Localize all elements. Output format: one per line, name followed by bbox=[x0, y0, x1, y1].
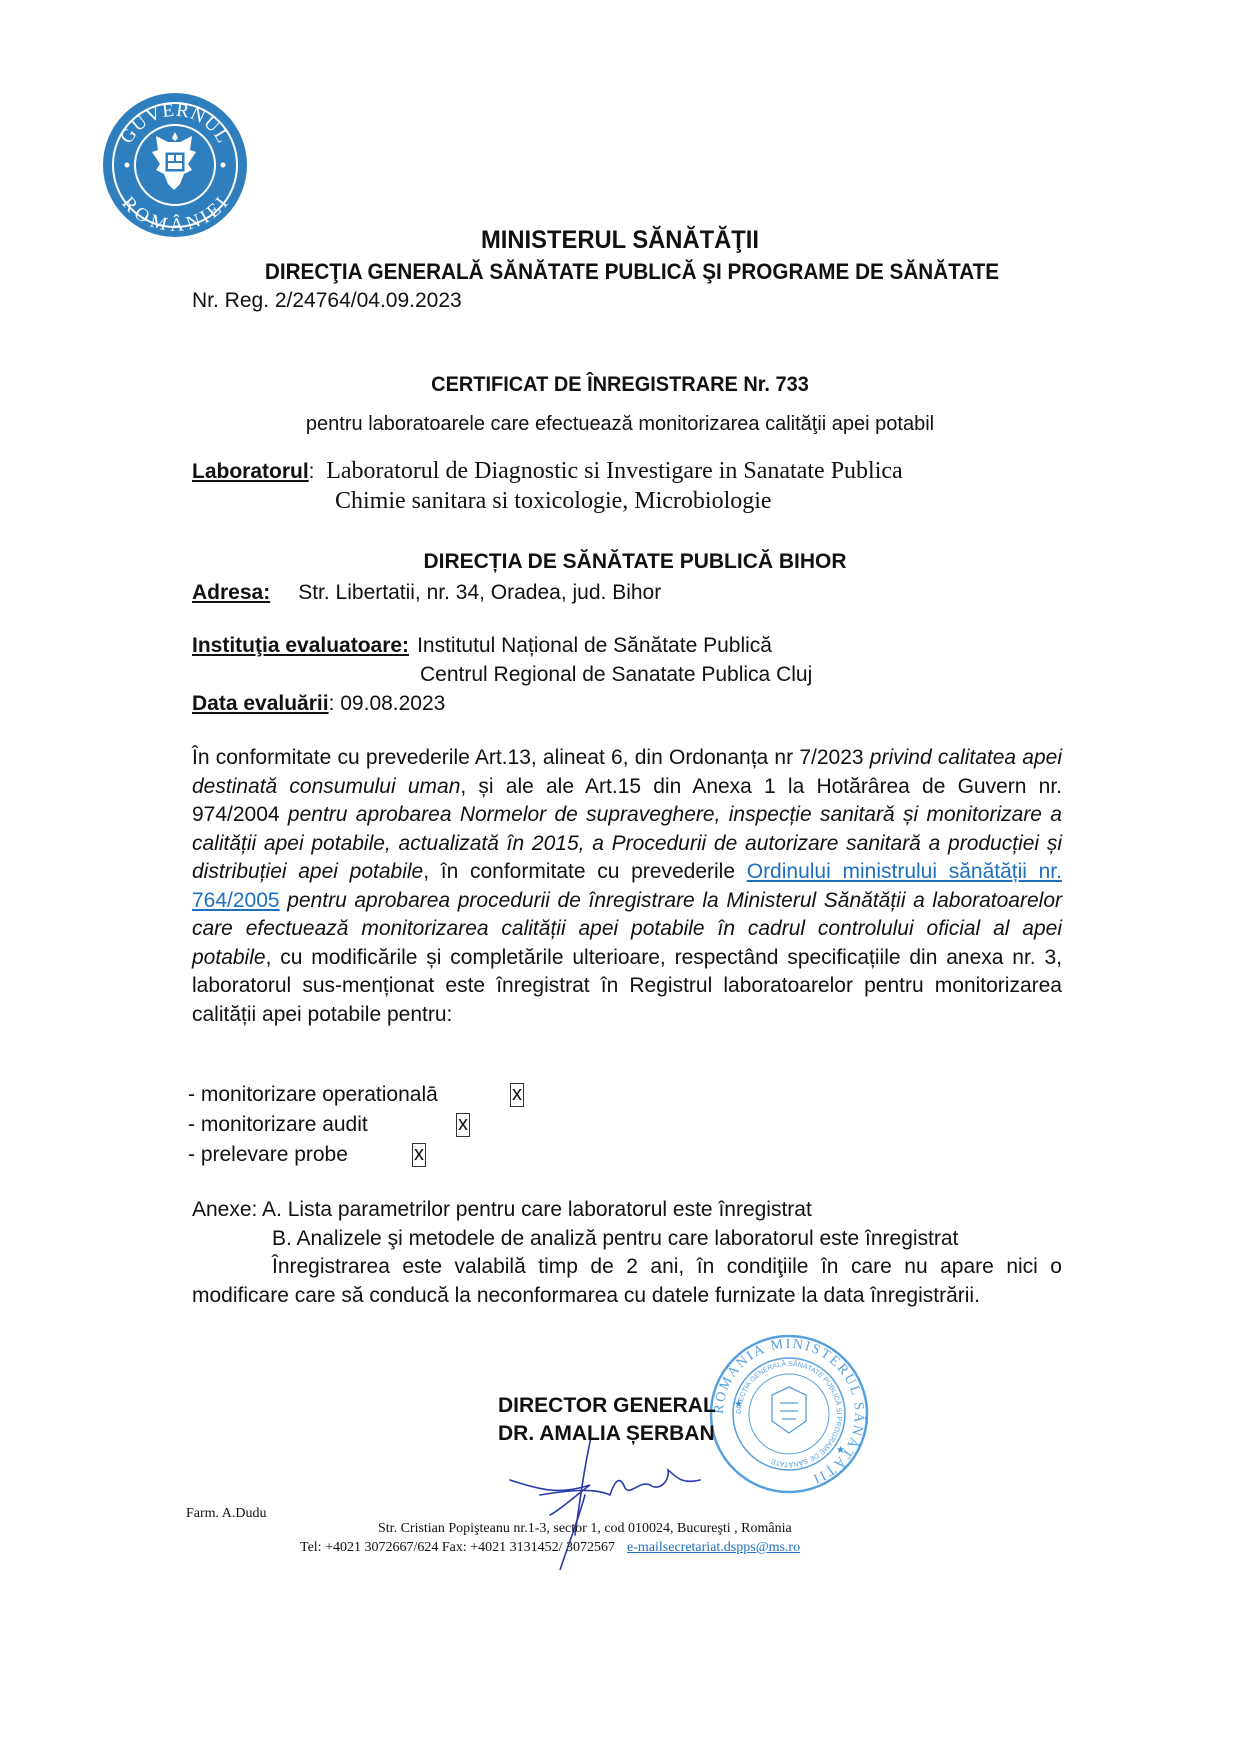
checklist-label: - prelevare probe bbox=[188, 1143, 348, 1166]
checklist-item-operational: - monitorizare operationalā x bbox=[188, 1080, 438, 1110]
svg-text:★: ★ bbox=[734, 1399, 743, 1410]
annexes-section: Anexe: A. Lista parametrilor pentru care… bbox=[192, 1196, 1062, 1310]
annex-b: B. Analizele şi metodele de analiză pent… bbox=[192, 1225, 1062, 1254]
address-label: Adresa: bbox=[192, 581, 270, 604]
evaluation-date-row: Data evaluării: 09.08.2023 bbox=[192, 692, 445, 716]
validity-statement: Înregistrarea este valabilă timp de 2 an… bbox=[192, 1253, 1062, 1310]
laboratory-row: Laboratorul: Laboratorul de Diagnostic s… bbox=[192, 455, 903, 488]
evaluation-date: : 09.08.2023 bbox=[329, 692, 446, 715]
footer-phone-fax: Tel: +4021 3072667/624 Fax: +4021 313145… bbox=[300, 1540, 615, 1555]
signatory-title: DIRECTOR GENERAL bbox=[498, 1392, 716, 1420]
footer-email-link[interactable]: e-mailsecretariat.dspps@ms.ro bbox=[627, 1540, 800, 1555]
svg-text:★: ★ bbox=[836, 1445, 845, 1456]
evaluation-date-label: Data evaluării bbox=[192, 692, 329, 715]
address-row: Adresa:Str. Libertatii, nr. 34, Oradea, … bbox=[192, 581, 661, 605]
certificate-subtitle: pentru laboratoarele care efectuează mon… bbox=[0, 413, 1240, 436]
evaluating-institution-label: Instituţia evaluatoare: bbox=[192, 634, 409, 657]
guvernul-romaniei-seal-icon: GUVERNUL ROMÂNIEI bbox=[102, 92, 248, 238]
paragraph-text: În conformitate cu prevederile Art.13, a… bbox=[192, 746, 870, 769]
laboratory-label: Laboratorul bbox=[192, 460, 309, 483]
laboratory-departments: Chimie sanitara si toxicologie, Microbio… bbox=[335, 488, 772, 515]
prepared-by: Farm. A.Dudu bbox=[186, 1506, 267, 1522]
checklist-item-sampling: - prelevare probe x bbox=[188, 1140, 438, 1170]
annex-a: Anexe: A. Lista parametrilor pentru care… bbox=[192, 1196, 1062, 1225]
legal-basis-paragraph: În conformitate cu prevederile Art.13, a… bbox=[192, 744, 1062, 1029]
certificate-title: CERTIFICAT DE ÎNREGISTRARE Nr. 733 bbox=[31, 373, 1209, 397]
checklist-label: - monitorizare operationalā bbox=[188, 1083, 438, 1106]
checklist-item-audit: - monitorizare audit x bbox=[188, 1110, 438, 1140]
paragraph-text: , în conformitate cu prevederile bbox=[423, 860, 747, 883]
checkbox-sampling[interactable]: x bbox=[412, 1143, 426, 1167]
ministry-title: MINISTERUL SĂNĂTĂŢII bbox=[31, 226, 1209, 255]
checkbox-audit[interactable]: x bbox=[456, 1113, 470, 1137]
footer-address: Str. Cristian Popişteanu nr.1-3, sector … bbox=[378, 1521, 792, 1537]
footer-contact: Tel: +4021 3072667/624 Fax: +4021 313145… bbox=[300, 1540, 800, 1556]
svg-text:DIRECȚIA GENERALĂ SĂNĂTATE PUB: DIRECȚIA GENERALĂ SĂNĂTATE PUBLICĂ ȘI PR… bbox=[736, 1359, 843, 1469]
paragraph-text: , cu modificările și completările ulteri… bbox=[192, 946, 1062, 1026]
evaluating-institution-name: Institutul Național de Sănătate Publică bbox=[417, 634, 772, 657]
address-value: Str. Libertatii, nr. 34, Oradea, jud. Bi… bbox=[298, 581, 661, 604]
evaluating-institution-center: Centrul Regional de Sanatate Publica Clu… bbox=[420, 663, 812, 687]
checklist-label: - monitorizare audit bbox=[188, 1113, 368, 1136]
checkbox-operational[interactable]: x bbox=[510, 1083, 524, 1107]
laboratory-name: Laboratorul de Diagnostic si Investigare… bbox=[326, 458, 903, 484]
evaluating-institution-row: Instituţia evaluatoare:Institutul Națion… bbox=[192, 634, 772, 658]
registration-number: Nr. Reg. 2/24764/04.09.2023 bbox=[192, 289, 462, 313]
dsp-title: DIRECȚIA DE SĂNĂTATE PUBLICĂ BIHOR bbox=[0, 550, 1240, 574]
directorate-title: DIRECŢIA GENERALĂ SĂNĂTATE PUBLICĂ ŞI PR… bbox=[49, 259, 1215, 285]
monitoring-checklist: - monitorizare operationalā x - monitori… bbox=[188, 1080, 438, 1170]
